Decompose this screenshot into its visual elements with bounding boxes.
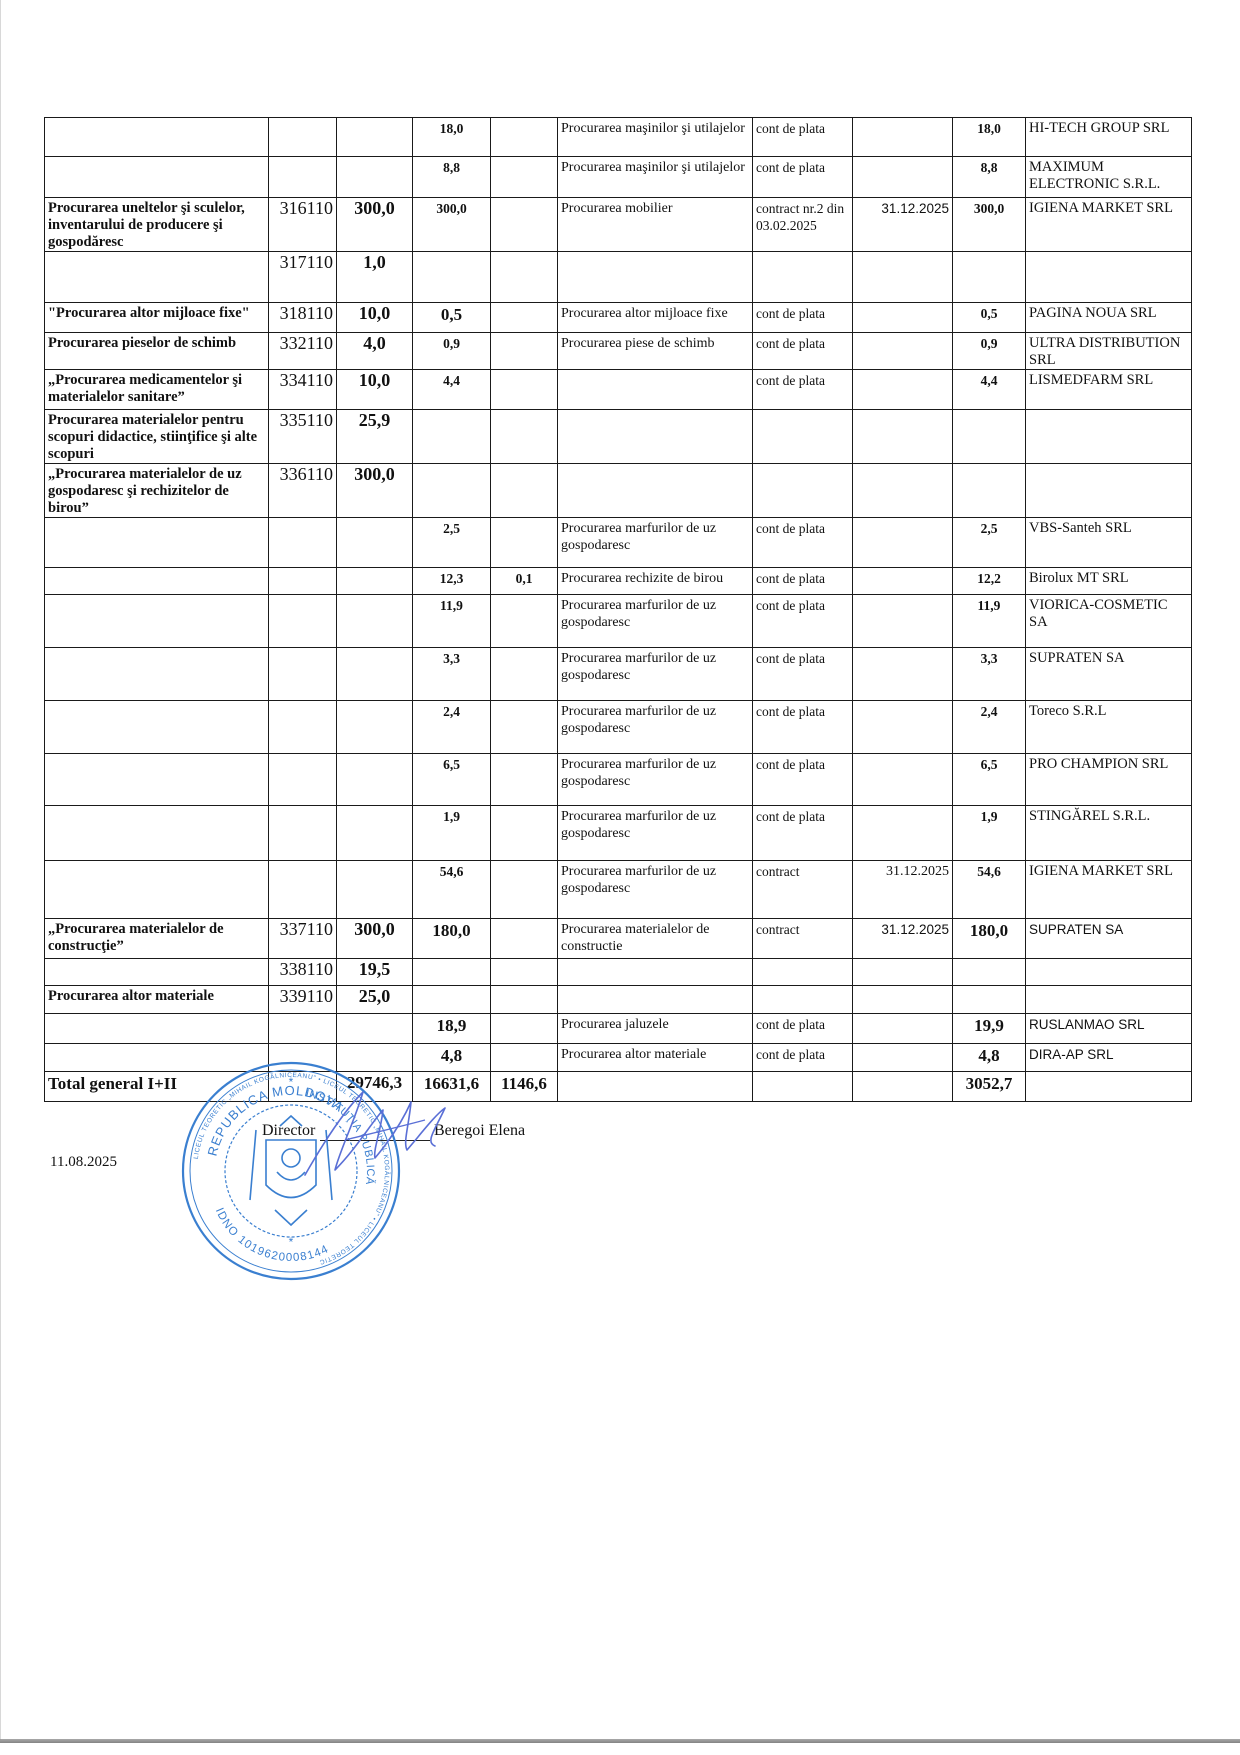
- total-name: Total general I+II: [45, 1072, 269, 1102]
- cell-name: Procurarea altor materiale: [45, 986, 269, 1014]
- cell-paid: [953, 464, 1026, 518]
- cell-supplier: HI-TECH GROUP SRL: [1026, 118, 1192, 157]
- cell-plan: [337, 806, 413, 861]
- cell-document: cont de plata: [753, 568, 853, 595]
- cell-term: [853, 595, 953, 648]
- total-paid: 3052,7: [953, 1072, 1026, 1102]
- cell-supplier: ULTRA DISTRIBUTION SRL: [1026, 333, 1192, 370]
- cell-contracted: [413, 410, 491, 464]
- cell-plan: [337, 118, 413, 157]
- cell-plan: [337, 754, 413, 806]
- cell-paid: 18,0: [953, 118, 1026, 157]
- cell-supplier: STINGĂREL S.R.L.: [1026, 806, 1192, 861]
- table-row: 12,30,1Procurarea rechizite de biroucont…: [45, 568, 1192, 595]
- cell-document: cont de plata: [753, 303, 853, 333]
- cell-name: [45, 157, 269, 198]
- signature-line: [320, 1140, 430, 1141]
- cell-description: Procurarea altor mijloace fixe: [558, 303, 753, 333]
- cell-contracted: 1,9: [413, 806, 491, 861]
- cell-paid: 180,0: [953, 919, 1026, 959]
- cell-supplier: LISMEDFARM SRL: [1026, 370, 1192, 410]
- page-edge: [0, 0, 1, 1740]
- cell-document: cont de plata: [753, 701, 853, 754]
- table-row: 2,4Procurarea marfurilor de uz gospodare…: [45, 701, 1192, 754]
- cell-plan: 4,0: [337, 333, 413, 370]
- table-row: 54,6Procurarea marfurilor de uz gospodar…: [45, 861, 1192, 919]
- cell-description: [558, 410, 753, 464]
- cell-code: [269, 118, 337, 157]
- cell-name: [45, 754, 269, 806]
- table-row: 8,8Procurarea maşinilor şi utilajelorcon…: [45, 157, 1192, 198]
- cell-name: Procurarea uneltelor şi sculelor, invent…: [45, 198, 269, 252]
- cell-supplier: IGIENA MARKET SRL: [1026, 198, 1192, 252]
- cell-document: cont de plata: [753, 806, 853, 861]
- cell-supplier: PAGINA NOUA SRL: [1026, 303, 1192, 333]
- cell-document: cont de plata: [753, 518, 853, 568]
- cell-extra: [491, 986, 558, 1014]
- table-row: Procurarea pieselor de schimb3321104,00,…: [45, 333, 1192, 370]
- cell-term: 31.12.2025: [853, 198, 953, 252]
- cell-code: 335110: [269, 410, 337, 464]
- cell-description: Procurarea marfurilor de uz gospodaresc: [558, 701, 753, 754]
- table-row: „Procurarea materialelor de construcţie”…: [45, 919, 1192, 959]
- cell-name: [45, 518, 269, 568]
- cell-plan: [337, 1014, 413, 1044]
- cell-extra: [491, 1044, 558, 1072]
- cell-code: [269, 595, 337, 648]
- cell-plan: [337, 701, 413, 754]
- cell-paid: [953, 986, 1026, 1014]
- cell-name: [45, 806, 269, 861]
- cell-code: 334110: [269, 370, 337, 410]
- cell-contracted: 6,5: [413, 754, 491, 806]
- cell-description: Procurarea marfurilor de uz gospodaresc: [558, 595, 753, 648]
- cell-supplier: [1026, 464, 1192, 518]
- cell-contracted: 18,9: [413, 1014, 491, 1044]
- cell-name: [45, 861, 269, 919]
- cell-plan: 300,0: [337, 198, 413, 252]
- cell-code: 338110: [269, 959, 337, 986]
- cell-name: [45, 959, 269, 986]
- cell-term: [853, 157, 953, 198]
- cell-document: contract: [753, 861, 853, 919]
- table-row: „Procurarea materialelor de uz gospodare…: [45, 464, 1192, 518]
- cell-name: [45, 701, 269, 754]
- cell-paid: 12,2: [953, 568, 1026, 595]
- cell-extra: [491, 333, 558, 370]
- cell-name: „Procurarea materialelor de construcţie”: [45, 919, 269, 959]
- cell-contracted: [413, 959, 491, 986]
- total-supplier: [1026, 1072, 1192, 1102]
- cell-description: Procurarea marfurilor de uz gospodaresc: [558, 648, 753, 701]
- cell-paid: 8,8: [953, 157, 1026, 198]
- table-row: Procurarea materialelor pentru scopuri d…: [45, 410, 1192, 464]
- cell-description: [558, 986, 753, 1014]
- cell-document: [753, 252, 853, 303]
- cell-description: Procurarea mobilier: [558, 198, 753, 252]
- cell-supplier: SUPRATEN SA: [1026, 919, 1192, 959]
- cell-plan: 1,0: [337, 252, 413, 303]
- svg-text:*: *: [289, 1235, 294, 1249]
- procurement-table: 18,0Procurarea maşinilor şi utilajelorco…: [44, 117, 1192, 1102]
- cell-code: [269, 861, 337, 919]
- cell-supplier: IGIENA MARKET SRL: [1026, 861, 1192, 919]
- cell-term: [853, 806, 953, 861]
- cell-supplier: RUSLANMAO SRL: [1026, 1014, 1192, 1044]
- cell-description: Procurarea maşinilor şi utilajelor: [558, 118, 753, 157]
- cell-plan: 10,0: [337, 303, 413, 333]
- cell-extra: [491, 118, 558, 157]
- table-row: „Procurarea medicamentelor şi materialel…: [45, 370, 1192, 410]
- cell-plan: [337, 861, 413, 919]
- cell-term: [853, 464, 953, 518]
- cell-code: [269, 1014, 337, 1044]
- cell-extra: [491, 198, 558, 252]
- cell-term: 31.12.2025: [853, 861, 953, 919]
- cell-contracted: 0,5: [413, 303, 491, 333]
- cell-description: Procurarea piese de schimb: [558, 333, 753, 370]
- cell-name: [45, 648, 269, 701]
- total-code: [269, 1072, 337, 1102]
- cell-extra: [491, 1014, 558, 1044]
- cell-code: [269, 701, 337, 754]
- cell-document: cont de plata: [753, 648, 853, 701]
- cell-plan: [337, 568, 413, 595]
- cell-description: Procurarea altor materiale: [558, 1044, 753, 1072]
- total-description: [558, 1072, 753, 1102]
- table-row: 3,3Procurarea marfurilor de uz gospodare…: [45, 648, 1192, 701]
- cell-description: [558, 464, 753, 518]
- cell-supplier: Birolux MT SRL: [1026, 568, 1192, 595]
- total-row: Total general I+II29746,316631,61146,630…: [45, 1072, 1192, 1102]
- table-row: 18,9Procurarea jaluzelecont de plata19,9…: [45, 1014, 1192, 1044]
- cell-paid: 2,4: [953, 701, 1026, 754]
- cell-paid: 54,6: [953, 861, 1026, 919]
- scan-edge: [0, 1739, 1240, 1743]
- cell-term: 31.12.2025: [853, 919, 953, 959]
- cell-paid: 300,0: [953, 198, 1026, 252]
- cell-paid: [953, 410, 1026, 464]
- cell-name: [45, 1044, 269, 1072]
- cell-paid: 11,9: [953, 595, 1026, 648]
- table-row: 3171101,0: [45, 252, 1192, 303]
- director-name: Beregoi Elena: [434, 1122, 525, 1140]
- cell-contracted: 18,0: [413, 118, 491, 157]
- cell-paid: 0,9: [953, 333, 1026, 370]
- cell-extra: [491, 595, 558, 648]
- cell-contracted: 11,9: [413, 595, 491, 648]
- cell-description: Procurarea rechizite de birou: [558, 568, 753, 595]
- cell-contracted: 2,4: [413, 701, 491, 754]
- cell-code: 339110: [269, 986, 337, 1014]
- cell-code: 332110: [269, 333, 337, 370]
- cell-extra: [491, 754, 558, 806]
- cell-name: "Procurarea altor mijloace fixe": [45, 303, 269, 333]
- cell-paid: 3,3: [953, 648, 1026, 701]
- cell-term: [853, 303, 953, 333]
- cell-code: 316110: [269, 198, 337, 252]
- table-row: 11,9Procurarea marfurilor de uz gospodar…: [45, 595, 1192, 648]
- cell-document: cont de plata: [753, 333, 853, 370]
- cell-extra: [491, 252, 558, 303]
- cell-paid: 19,9: [953, 1014, 1026, 1044]
- cell-name: Procurarea pieselor de schimb: [45, 333, 269, 370]
- cell-contracted: 180,0: [413, 919, 491, 959]
- cell-term: [853, 754, 953, 806]
- cell-name: Procurarea materialelor pentru scopuri d…: [45, 410, 269, 464]
- cell-document: cont de plata: [753, 754, 853, 806]
- cell-supplier: PRO CHAMPION SRL: [1026, 754, 1192, 806]
- table-row: 2,5Procurarea marfurilor de uz gospodare…: [45, 518, 1192, 568]
- cell-supplier: [1026, 959, 1192, 986]
- cell-paid: 0,5: [953, 303, 1026, 333]
- cell-plan: 300,0: [337, 919, 413, 959]
- cell-supplier: SUPRATEN SA: [1026, 648, 1192, 701]
- cell-paid: [953, 959, 1026, 986]
- cell-paid: 2,5: [953, 518, 1026, 568]
- table-row: "Procurarea altor mijloace fixe"31811010…: [45, 303, 1192, 333]
- total-extra: 1146,6: [491, 1072, 558, 1102]
- table-row: 33811019,5: [45, 959, 1192, 986]
- cell-paid: 1,9: [953, 806, 1026, 861]
- cell-contracted: [413, 986, 491, 1014]
- cell-code: [269, 1044, 337, 1072]
- cell-name: „Procurarea materialelor de uz gospodare…: [45, 464, 269, 518]
- svg-text:INSTITUŢIA PUBLICĂ: INSTITUŢIA PUBLICĂ: [305, 1087, 377, 1185]
- cell-document: cont de plata: [753, 595, 853, 648]
- cell-description: Procurarea marfurilor de uz gospodaresc: [558, 806, 753, 861]
- cell-supplier: [1026, 986, 1192, 1014]
- cell-extra: [491, 861, 558, 919]
- cell-contracted: [413, 464, 491, 518]
- cell-term: [853, 333, 953, 370]
- cell-term: [853, 410, 953, 464]
- cell-supplier: VBS-Santeh SRL: [1026, 518, 1192, 568]
- director-label: Director: [262, 1122, 315, 1140]
- cell-plan: [337, 648, 413, 701]
- cell-document: cont de plata: [753, 157, 853, 198]
- cell-term: [853, 959, 953, 986]
- cell-contracted: 300,0: [413, 198, 491, 252]
- cell-contracted: [413, 252, 491, 303]
- cell-document: cont de plata: [753, 118, 853, 157]
- cell-contracted: 4,8: [413, 1044, 491, 1072]
- cell-plan: 10,0: [337, 370, 413, 410]
- cell-contracted: 2,5: [413, 518, 491, 568]
- cell-description: [558, 959, 753, 986]
- cell-document: [753, 410, 853, 464]
- cell-code: [269, 157, 337, 198]
- cell-extra: [491, 410, 558, 464]
- cell-term: [853, 1014, 953, 1044]
- cell-document: cont de plata: [753, 1014, 853, 1044]
- cell-plan: 300,0: [337, 464, 413, 518]
- cell-term: [853, 252, 953, 303]
- total-document: [753, 1072, 853, 1102]
- cell-code: [269, 648, 337, 701]
- cell-document: contract nr.2 din 03.02.2025: [753, 198, 853, 252]
- cell-supplier: VIORICA-COSMETIC SA: [1026, 595, 1192, 648]
- cell-paid: 4,4: [953, 370, 1026, 410]
- cell-document: cont de plata: [753, 370, 853, 410]
- cell-code: [269, 754, 337, 806]
- cell-document: cont de plata: [753, 1044, 853, 1072]
- cell-term: [853, 118, 953, 157]
- cell-supplier: [1026, 410, 1192, 464]
- table-row: Procurarea uneltelor şi sculelor, invent…: [45, 198, 1192, 252]
- cell-extra: [491, 303, 558, 333]
- cell-extra: [491, 518, 558, 568]
- cell-supplier: MAXIMUM ELECTRONIC S.R.L.: [1026, 157, 1192, 198]
- cell-plan: 25,0: [337, 986, 413, 1014]
- cell-extra: 0,1: [491, 568, 558, 595]
- cell-document: contract: [753, 919, 853, 959]
- cell-name: [45, 568, 269, 595]
- cell-name: „Procurarea medicamentelor şi materialel…: [45, 370, 269, 410]
- cell-extra: [491, 157, 558, 198]
- cell-name: [45, 595, 269, 648]
- document-date: 11.08.2025: [50, 1154, 117, 1171]
- cell-term: [853, 518, 953, 568]
- cell-name: [45, 1014, 269, 1044]
- cell-term: [853, 701, 953, 754]
- table-row: Procurarea altor materiale33911025,0: [45, 986, 1192, 1014]
- cell-code: 337110: [269, 919, 337, 959]
- cell-name: [45, 252, 269, 303]
- cell-paid: 6,5: [953, 754, 1026, 806]
- cell-code: [269, 568, 337, 595]
- cell-contracted: 12,3: [413, 568, 491, 595]
- cell-paid: 4,8: [953, 1044, 1026, 1072]
- cell-contracted: 54,6: [413, 861, 491, 919]
- table-row: 1,9Procurarea marfurilor de uz gospodare…: [45, 806, 1192, 861]
- cell-description: Procurarea materialelor de constructie: [558, 919, 753, 959]
- table-row: 18,0Procurarea maşinilor şi utilajelorco…: [45, 118, 1192, 157]
- total-plan: 29746,3: [337, 1072, 413, 1102]
- table-row: 4,8Procurarea altor materialecont de pla…: [45, 1044, 1192, 1072]
- cell-name: [45, 118, 269, 157]
- cell-extra: [491, 959, 558, 986]
- cell-extra: [491, 648, 558, 701]
- cell-term: [853, 370, 953, 410]
- cell-description: [558, 370, 753, 410]
- cell-extra: [491, 701, 558, 754]
- cell-code: [269, 806, 337, 861]
- cell-contracted: 4,4: [413, 370, 491, 410]
- cell-term: [853, 1044, 953, 1072]
- cell-code: [269, 518, 337, 568]
- cell-term: [853, 986, 953, 1014]
- cell-description: Procurarea marfurilor de uz gospodaresc: [558, 754, 753, 806]
- cell-plan: 19,5: [337, 959, 413, 986]
- cell-description: Procurarea jaluzele: [558, 1014, 753, 1044]
- cell-plan: [337, 518, 413, 568]
- cell-document: [753, 464, 853, 518]
- cell-extra: [491, 919, 558, 959]
- cell-extra: [491, 806, 558, 861]
- cell-plan: [337, 157, 413, 198]
- cell-term: [853, 648, 953, 701]
- cell-paid: [953, 252, 1026, 303]
- cell-description: Procurarea marfurilor de uz gospodaresc: [558, 518, 753, 568]
- cell-contracted: 0,9: [413, 333, 491, 370]
- svg-text:IDNO 1019620008144: IDNO 1019620008144: [213, 1206, 331, 1264]
- cell-code: 317110: [269, 252, 337, 303]
- cell-plan: 25,9: [337, 410, 413, 464]
- cell-code: 318110: [269, 303, 337, 333]
- cell-description: Procurarea maşinilor şi utilajelor: [558, 157, 753, 198]
- cell-document: [753, 959, 853, 986]
- total-term: [853, 1072, 953, 1102]
- cell-description: [558, 252, 753, 303]
- cell-plan: [337, 1044, 413, 1072]
- cell-supplier: [1026, 252, 1192, 303]
- cell-code: 336110: [269, 464, 337, 518]
- cell-extra: [491, 370, 558, 410]
- cell-term: [853, 568, 953, 595]
- table-body: 18,0Procurarea maşinilor şi utilajelorco…: [45, 118, 1192, 1102]
- cell-plan: [337, 595, 413, 648]
- total-contracted: 16631,6: [413, 1072, 491, 1102]
- cell-document: [753, 986, 853, 1014]
- cell-extra: [491, 464, 558, 518]
- cell-contracted: 8,8: [413, 157, 491, 198]
- cell-contracted: 3,3: [413, 648, 491, 701]
- table-row: 6,5Procurarea marfurilor de uz gospodare…: [45, 754, 1192, 806]
- cell-supplier: DIRA-AP SRL: [1026, 1044, 1192, 1072]
- cell-description: Procurarea marfurilor de uz gospodaresc: [558, 861, 753, 919]
- cell-supplier: Toreco S.R.L: [1026, 701, 1192, 754]
